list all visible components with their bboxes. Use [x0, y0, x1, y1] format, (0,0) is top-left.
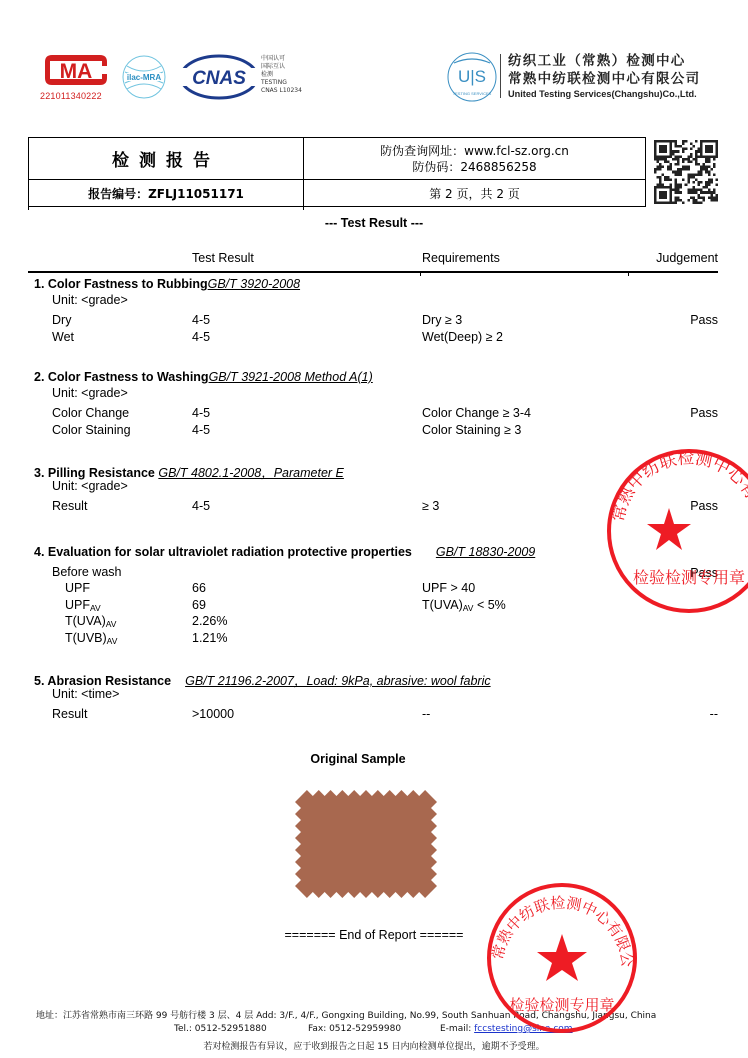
footer-email: E-mail: fccstesting@sina.com [440, 1024, 573, 1034]
test-2-row-2-result: 4-5 [192, 423, 210, 437]
header-rule-tick [628, 271, 629, 276]
header-rule [28, 271, 718, 273]
uts-logo: U|S TESTING SERVICES [446, 51, 498, 103]
report-number: 报告编号：ZFLJ11051171 [29, 180, 304, 207]
column-header-requirements: Requirements [422, 251, 500, 265]
footer-tel: Tel.: 0512-52951880 [174, 1024, 267, 1034]
test-3-judgement: Pass [690, 499, 718, 513]
test-1-row-2-item: Wet [52, 330, 74, 344]
company-name: 纺织工业（常熟）检测中心 常熟中纺联检测中心有限公司 United Testin… [508, 52, 700, 100]
svg-text:MA: MA [60, 60, 93, 83]
column-header-judgement: Judgement [656, 251, 718, 265]
test-4-judgement: Pass [690, 566, 718, 580]
test-4-row-3-result: 2.26% [192, 614, 227, 628]
svg-text:常熟中纺联检测中心有限公司: 常熟中纺联检测中心有限公司 [604, 446, 748, 534]
svg-text:TESTING SERVICES: TESTING SERVICES [453, 91, 492, 96]
test-4-subheading: Before wash [52, 565, 121, 579]
original-sample-title: Original Sample [0, 752, 716, 766]
report-title: 检测报告 [29, 138, 304, 180]
cnas-logo: CNAS [179, 54, 259, 100]
test-5-row-1-item: Result [52, 707, 87, 721]
official-seal-stamp: 常熟中纺联检测中心有限公司 检验检测专用章 [604, 446, 748, 616]
footer-fax: Fax: 0512-52959980 [308, 1024, 401, 1034]
svg-text:常熟中纺联检测中心有限公司: 常熟中纺联检测中心有限公司 [484, 880, 636, 968]
test-2-row-2-item: Color Staining [52, 423, 131, 437]
test-2-row-2-requirement: Color Staining ≥ 3 [422, 423, 521, 437]
test-1-row-1-requirement: Dry ≥ 3 [422, 313, 462, 327]
test-1-row-1-item: Dry [52, 313, 71, 327]
test-5-judgement: -- [710, 707, 718, 721]
test-4-standard: GB/T 18830-2009 [436, 545, 535, 559]
cma-logo: MA [42, 52, 110, 88]
test-1-row-2-result: 4-5 [192, 330, 210, 344]
test-4-row-1-item: UPF [65, 581, 90, 595]
test-2-row-1-requirement: Color Change ≥ 3-4 [422, 406, 531, 420]
logo-divider [500, 54, 501, 98]
test-1-title: 1. Color Fastness to RubbingGB/T 3920-20… [34, 277, 300, 291]
test-4-row-2-item: UPFAV [65, 598, 101, 613]
test-4-row-2-requirement: T(UVA)AV < 5% [422, 598, 506, 613]
svg-text:U|S: U|S [458, 67, 486, 86]
footer-notice: 若对检测报告有异议，应于收到报告之日起 15 日内向检测单位提出，逾期不予受理。 [0, 1039, 748, 1052]
test-3-row-1-result: 4-5 [192, 499, 210, 513]
test-2-title: 2. Color Fastness to WashingGB/T 3921-20… [34, 370, 373, 384]
header-rule-tick [420, 271, 421, 276]
test-1-unit: Unit: <grade> [52, 293, 128, 307]
test-5-unit: Unit: <time> [52, 687, 119, 701]
footer-address: 地址：江苏省常熟市南三环路 99 号舫行楼 3 层、4 层 Add: 3/F.,… [36, 1008, 656, 1021]
test-4-row-1-requirement: UPF > 40 [422, 581, 475, 595]
table-tick [28, 206, 29, 210]
test-4-row-4-item: T(UVB)AV [65, 631, 117, 646]
cnas-text: 中国认可 国际互认 检测 TESTING CNAS L10234 [261, 55, 302, 95]
anti-fake-code: 防伪码：2468856258 [304, 159, 645, 175]
test-2-unit: Unit: <grade> [52, 386, 128, 400]
cma-number: 221011340222 [40, 91, 102, 101]
email-link[interactable]: fccstesting@sina.com [474, 1024, 572, 1034]
company-name-zh-2: 常熟中纺联检测中心有限公司 [508, 70, 700, 88]
company-name-en: United Testing Services(Changshu)Co.,Ltd… [508, 88, 700, 100]
test-2-standard: GB/T 3921-2008 Method A(1) [209, 370, 373, 384]
test-4-row-2-result: 69 [192, 598, 206, 612]
test-1-row-2-requirement: Wet(Deep) ≥ 2 [422, 330, 503, 344]
test-3-unit: Unit: <grade> [52, 479, 128, 493]
report-header-table: 检测报告 防伪查询网址：www.fcl-sz.org.cn 防伪码：246885… [28, 137, 646, 207]
test-5-row-1-result: >10000 [192, 707, 234, 721]
test-result-heading: --- Test Result --- [0, 216, 748, 230]
test-1-judgement: Pass [690, 313, 718, 327]
test-5-standard: GB/T 21196.2-2007，Load: 9kPa, abrasive: … [185, 674, 491, 688]
svg-text:检验检测专用章: 检验检测专用章 [633, 568, 745, 587]
anti-fake-info: 防伪查询网址：www.fcl-sz.org.cn 防伪码：2468856258 [304, 138, 646, 180]
test-1-row-1-result: 4-5 [192, 313, 210, 327]
end-of-report: ======= End of Report ====== [0, 928, 748, 942]
column-header-test-result: Test Result [192, 251, 254, 265]
table-tick [303, 206, 304, 210]
test-2-row-1-result: 4-5 [192, 406, 210, 420]
test-3-row-1-requirement: ≥ 3 [422, 499, 439, 513]
test-3-standard: GB/T 4802.1-2008，Parameter E [158, 466, 344, 480]
page-info: 第 2 页，共 2 页 [304, 180, 646, 207]
test-4-title: 4. Evaluation for solar ultraviolet radi… [34, 545, 535, 559]
svg-text:CNAS: CNAS [192, 68, 246, 89]
test-4-row-1-result: 66 [192, 581, 206, 595]
test-2-row-1-item: Color Change [52, 406, 129, 420]
test-2-judgement: Pass [690, 406, 718, 420]
test-3-row-1-item: Result [52, 499, 87, 513]
ilac-mra-logo: ilac-MRA [121, 54, 167, 100]
test-5-row-1-requirement: -- [422, 707, 430, 721]
test-4-row-4-result: 1.21% [192, 631, 227, 645]
test-4-row-3-item: T(UVA)AV [65, 614, 116, 629]
qr-code [654, 140, 718, 204]
company-name-zh-1: 纺织工业（常熟）检测中心 [508, 52, 700, 70]
anti-fake-url: 防伪查询网址：www.fcl-sz.org.cn [304, 143, 645, 159]
svg-text:ilac-MRA: ilac-MRA [127, 73, 161, 82]
test-1-standard: GB/T 3920-2008 [208, 277, 300, 291]
fabric-swatch-image [295, 790, 437, 898]
